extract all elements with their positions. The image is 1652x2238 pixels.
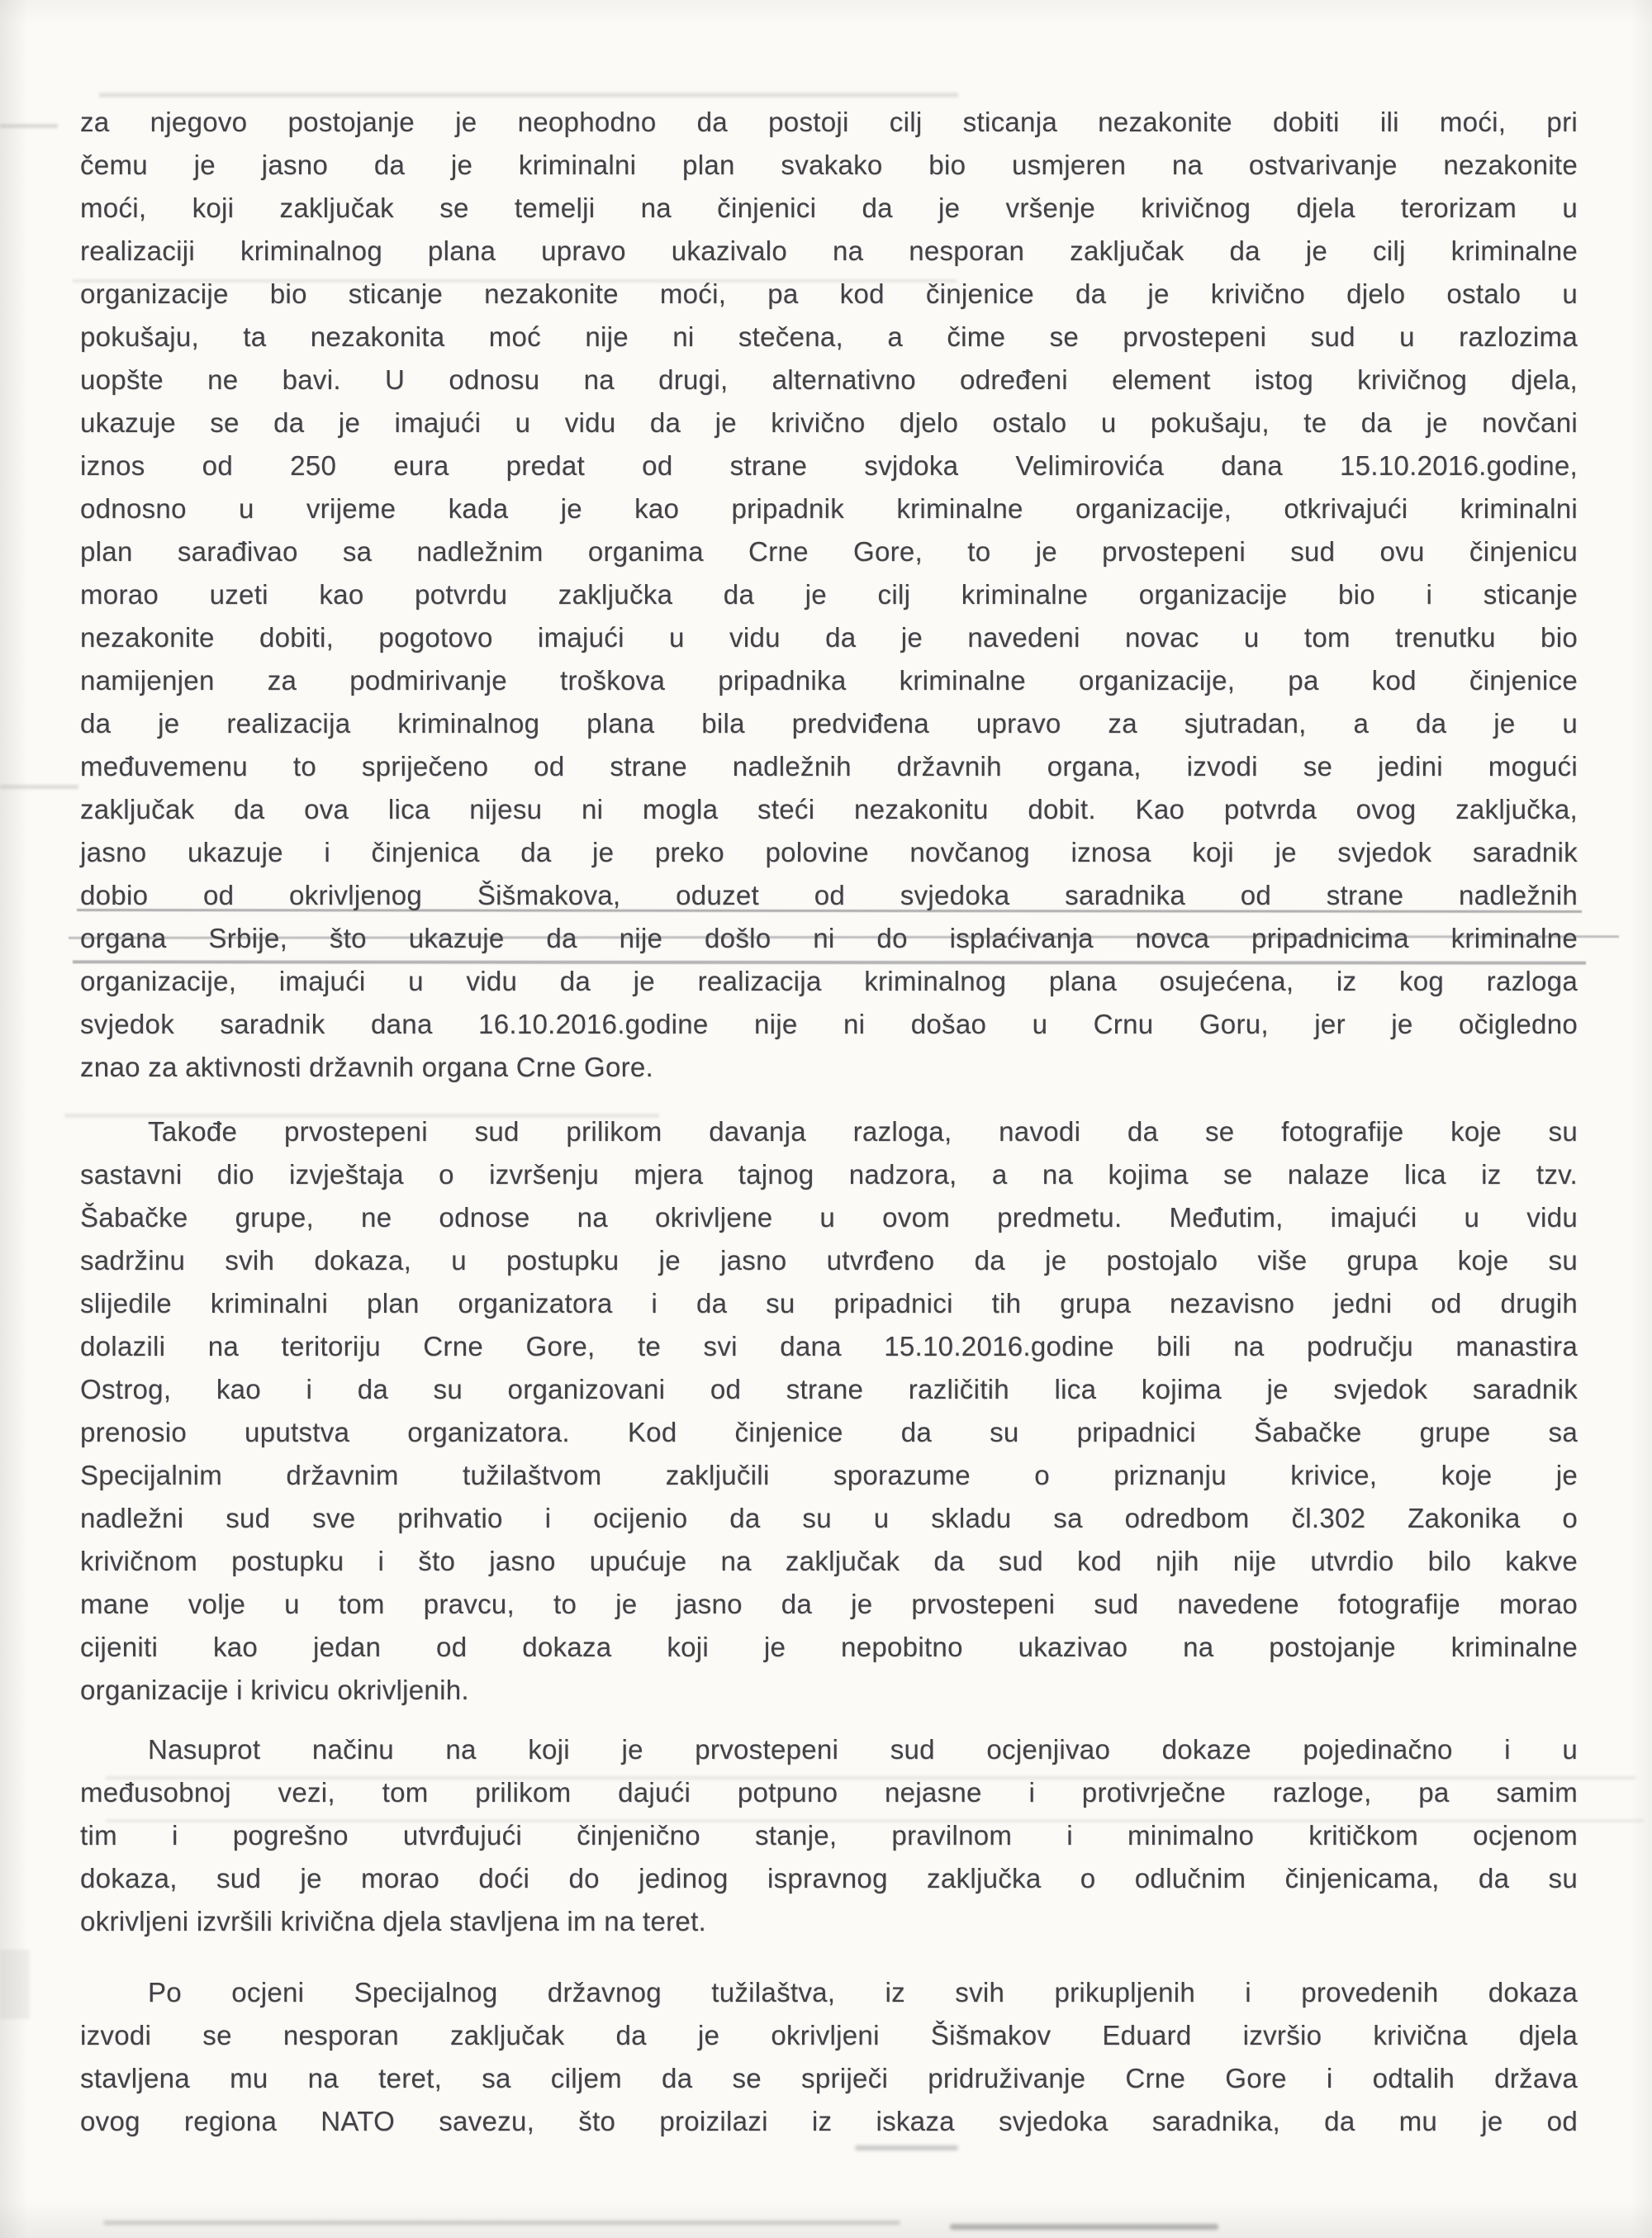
text-line: organizacije i krivicu okrivljenih. [80,1669,1578,1712]
scan-smudge-artifact [855,2145,958,2150]
text-line: čemu je jasno da je kriminalni plan svak… [80,144,1578,187]
text-line: Nasuprot načinu na koji je prvostepeni s… [80,1728,1578,1771]
scan-edge-smudge [0,1950,30,2019]
text-line: uopšte ne bavi. U odnosu na drugi, alter… [80,359,1578,402]
document-body: za njegovo postojanje je neophodno da po… [80,101,1578,2143]
text-line: mane volje u tom pravcu, to je jasno da … [80,1583,1578,1626]
text-line: Šabačke grupe, ne odnose na okrivljene u… [80,1196,1578,1239]
text-line: organa Srbije, što ukazuje da nije došlo… [80,917,1578,960]
text-line: krivičnom postupku i što jasno upućuje n… [80,1540,1578,1583]
text-line: nezakonite dobiti, pogotovo imajući u vi… [80,616,1578,659]
text-line: svjedok saradnik dana 16.10.2016.godine … [80,1003,1578,1046]
text-line: dokaza, sud je morao doći do jedinog isp… [80,1857,1578,1900]
text-line: za njegovo postojanje je neophodno da po… [80,101,1578,144]
text-line: realizaciji kriminalnog plana upravo uka… [80,230,1578,273]
text-line: Po ocjeni Specijalnog državnog tužilaštv… [80,1971,1578,2014]
scan-streak-artifact [0,124,58,128]
text-line: međusobnoj vezi, tom prilikom dajući pot… [80,1771,1578,1814]
text-line: ovog regiona NATO savezu, što proizilazi… [80,2100,1578,2143]
text-line: znao za aktivnosti državnih organa Crne … [80,1046,1578,1089]
text-line: zaključak da ova lica nijesu ni mogla st… [80,788,1578,831]
text-line: tim i pogrešno utvrđujući činjenično sta… [80,1814,1578,1857]
text-line: sastavni dio izvještaja o izvršenju mjer… [80,1153,1578,1196]
text-line: organizacije bio sticanje nezakonite moć… [80,273,1578,316]
text-line: organizacije, imajući u vidu da je reali… [80,960,1578,1003]
text-line: slijedile kriminalni plan organizatora i… [80,1282,1578,1325]
text-line: moći, koji zaključak se temelji na činje… [80,187,1578,230]
text-line: sadržinu svih dokaza, u postupku je jasn… [80,1239,1578,1282]
text-line: dolazili na teritoriju Crne Gore, te svi… [80,1325,1578,1368]
scan-streak-artifact [99,93,958,97]
text-line: namijenjen za podmirivanje troškova prip… [80,659,1578,702]
paragraph-2: Takođe prvostepeni sud prilikom davanja … [80,1110,1578,1712]
text-line: iznos od 250 eura predat od strane svjdo… [80,444,1578,487]
text-line: plan sarađivao sa nadležnim organima Crn… [80,530,1578,573]
text-line: ukazuje se da je imajući u vidu da je kr… [80,402,1578,444]
paragraph-3: Nasuprot načinu na koji je prvostepeni s… [80,1728,1578,1943]
paragraph-1: za njegovo postojanje je neophodno da po… [80,101,1578,1089]
paragraph-4: Po ocjeni Specijalnog državnog tužilaštv… [80,1971,1578,2143]
text-line: odnosno u vrijeme kada je kao pripadnik … [80,487,1578,530]
text-line: prenosio uputstva organizatora. Kod činj… [80,1411,1578,1454]
text-line: međuvemenu to spriječeno od strane nadle… [80,745,1578,788]
text-line: nadležni sud sve prihvatio i ocijenio da… [80,1497,1578,1540]
text-line: cijeniti kao jedan od dokaza koji je nep… [80,1626,1578,1669]
scanned-document-page: za njegovo postojanje je neophodno da po… [0,0,1652,2238]
text-line: pokušaju, ta nezakonita moć nije ni steč… [80,316,1578,359]
text-line: morao uzeti kao potvrdu zaključka da je … [80,573,1578,616]
text-line: da je realizacija kriminalnog plana bila… [80,702,1578,745]
text-line: jasno ukazuje i činjenica da je preko po… [80,831,1578,874]
text-line: Takođe prvostepeni sud prilikom davanja … [80,1110,1578,1153]
scan-streak-artifact [0,785,78,789]
text-line: okrivljeni izvršili krivična djela stavl… [80,1900,1578,1943]
scan-smudge-artifact [103,2221,900,2225]
text-line: Specijalnim državnim tužilaštvom zaključ… [80,1454,1578,1497]
text-line: stavljena mu na teret, sa ciljem da se s… [80,2057,1578,2100]
scan-smudge-artifact [950,2224,1218,2230]
text-line: dobio od okrivljenog Šišmakova, oduzet o… [80,874,1578,917]
text-line: izvodi se nesporan zaključak da je okriv… [80,2014,1578,2057]
text-line: Ostrog, kao i da su organizovani od stra… [80,1368,1578,1411]
